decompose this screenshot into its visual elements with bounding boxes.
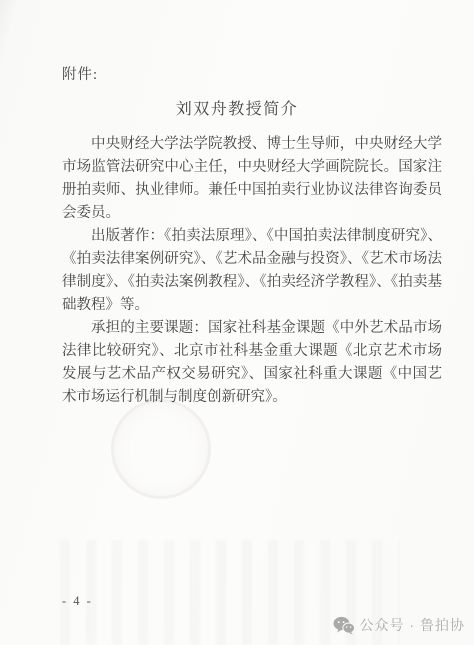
page-number: - 4 - <box>62 594 93 609</box>
paragraph-bio: 中央财经大学法学院教授、博士生导师，中央财经大学市场监管法研究中心主任，中央财经… <box>62 133 442 225</box>
watermark-text: 公众号 · 鲁拍协 <box>360 615 465 635</box>
page-title: 刘双舟教授简介 <box>0 96 474 119</box>
wechat-icon <box>333 616 355 635</box>
document-body: 中央财经大学法学院教授、博士生导师，中央财经大学市场监管法研究中心主任，中央财经… <box>62 133 442 409</box>
paragraph-publications: 出版著作：《拍卖法原理》、《中国拍卖法律制度研究》、《拍卖法律案例研究》、《艺术… <box>62 225 442 317</box>
wechat-watermark: 公众号 · 鲁拍协 <box>333 615 465 635</box>
scanned-document-page: 附件: 刘双舟教授简介 中央财经大学法学院教授、博士生导师，中央财经大学市场监管… <box>0 0 474 645</box>
faint-seal-impression <box>111 399 211 499</box>
paragraph-research-projects: 承担的主要课题：国家社科基金课题《中外艺术品市场法律比较研究》、北京市社科基金重… <box>62 317 442 409</box>
attachment-label: 附件: <box>62 63 98 84</box>
